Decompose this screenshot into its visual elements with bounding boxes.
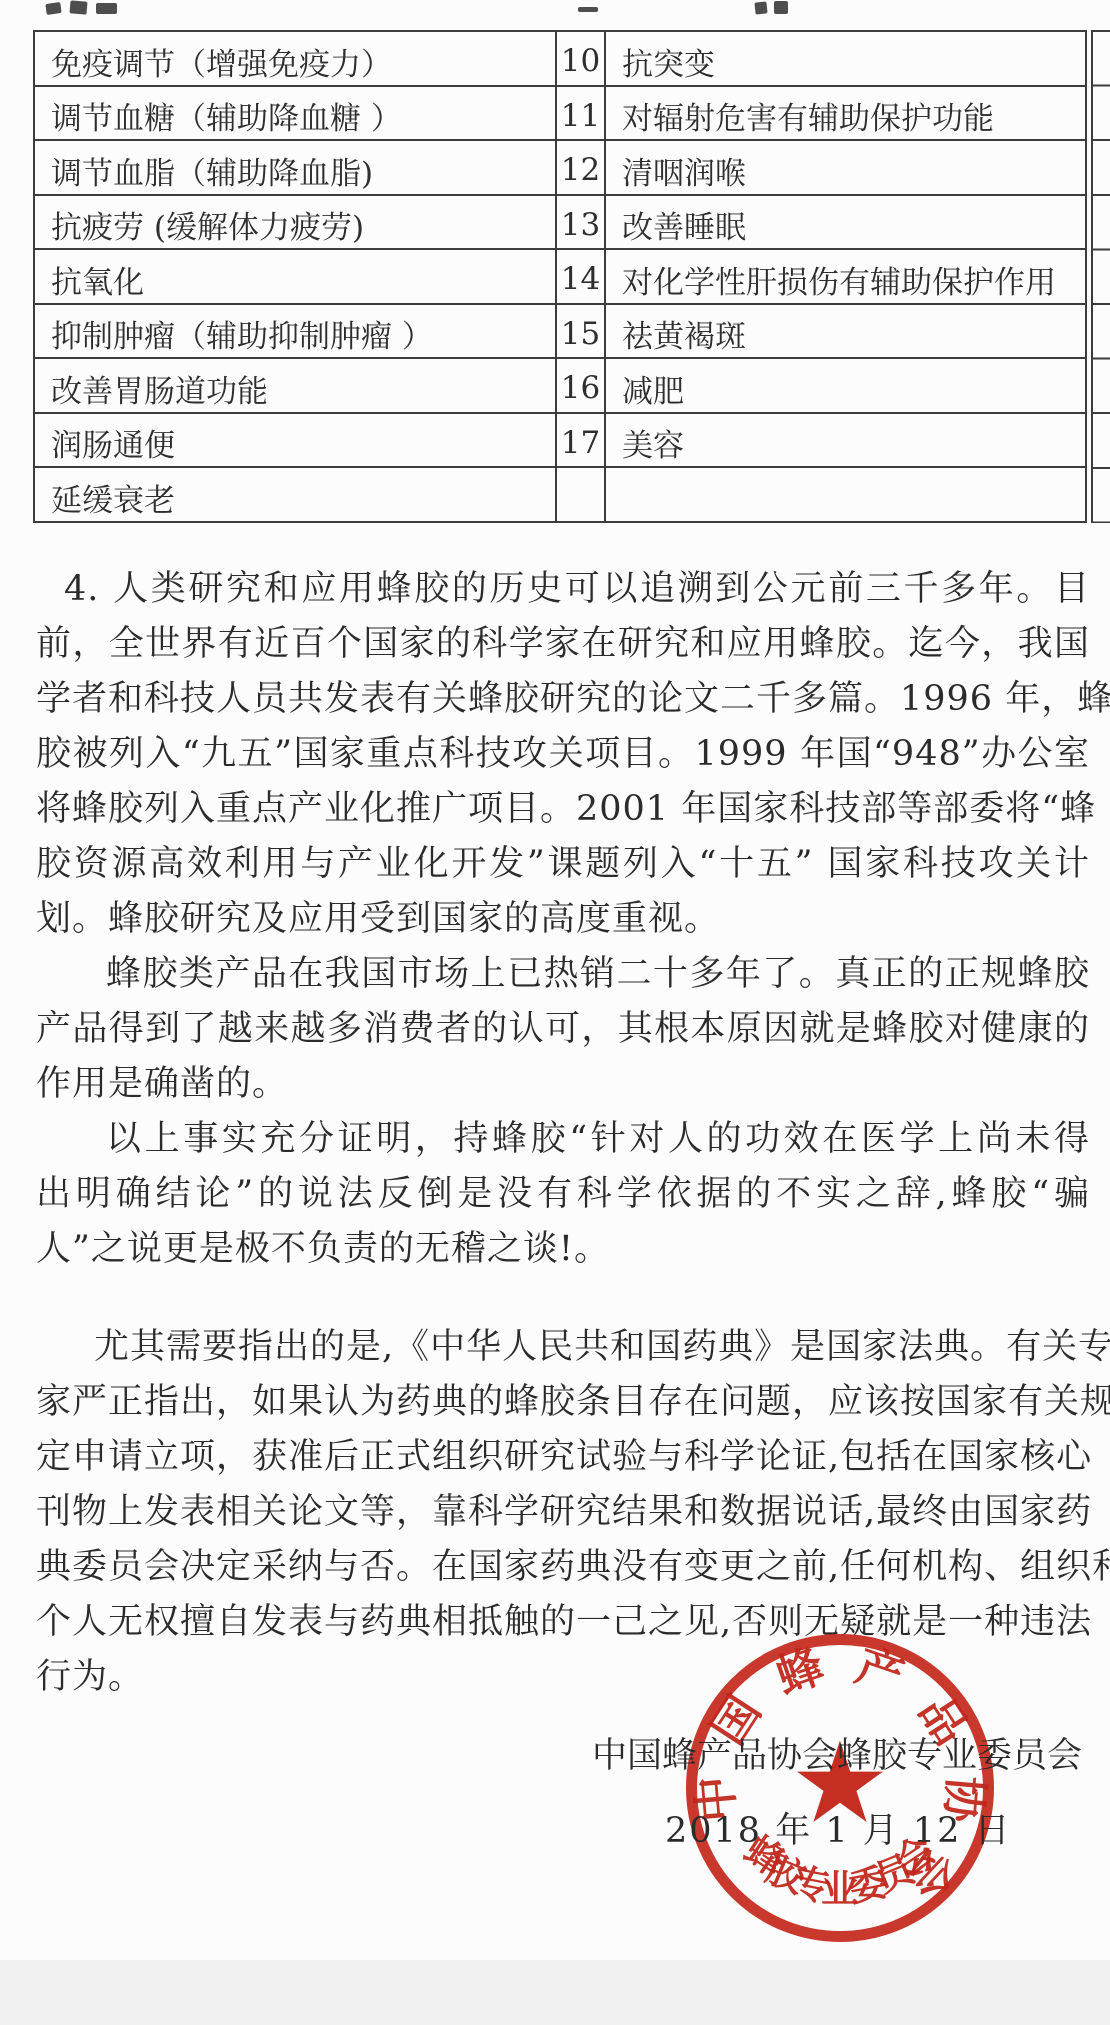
health-functions-table: 免疫调节（增强免疫力）10抗突变调节血糖（辅助降血糖 ）11对辐射危害有辅助保护… <box>33 30 1087 523</box>
text-line: 4. 人类研究和应用蜂胶的历史可以追溯到公元前三千多年。目 <box>36 562 1090 617</box>
document-body-text: 4. 人类研究和应用蜂胶的历史可以追溯到公元前三千多年。目前，全世界有近百个国家… <box>36 562 1090 1705</box>
table-row: 抗疲劳 (缓解体力疲劳)13改善睡眠 <box>34 195 1086 250</box>
text-line: 划。蜂胶研究及应用受到国家的高度重视。 <box>36 892 1090 947</box>
table-cell-function_left: 润肠通便 <box>34 413 556 468</box>
table-cell-index: 16 <box>556 358 605 413</box>
signoff-organization: 中国蜂产品协会蜂胶专业委员会 <box>592 1728 1082 1778</box>
table-row: 延缓衰老 <box>34 467 1086 522</box>
table-row: 抗氧化14对化学性肝损伤有辅助保护作用 <box>34 249 1086 304</box>
table-cell-index: 14 <box>556 249 605 304</box>
text-line: 以上事实充分证明，持蜂胶“针对人的功效在医学上尚未得 <box>36 1112 1090 1167</box>
table-cell-function_right: 改善睡眠 <box>605 195 1086 250</box>
table-cell-function_left: 调节血糖（辅助降血糖 ） <box>34 86 556 141</box>
text-line: 作用是确凿的。 <box>36 1057 1090 1112</box>
table-row: 润肠通便17美容 <box>34 413 1086 468</box>
text-line: 人”之说更是极不负责的无稽之谈!。 <box>36 1222 1090 1277</box>
table-cell-function_left: 抗氧化 <box>34 249 556 304</box>
text-line: 刊物上发表相关论文等，靠科学研究结果和数据说话,最终由国家药 <box>36 1485 1090 1540</box>
bottom-gray-band <box>0 1960 1110 2025</box>
table-row: 改善胃肠道功能16减肥 <box>34 358 1086 413</box>
table-cell-function_right: 对化学性肝损伤有辅助保护作用 <box>605 249 1086 304</box>
scanned-document-page: 免疫调节（增强免疫力）10抗突变调节血糖（辅助降血糖 ）11对辐射危害有辅助保护… <box>0 0 1110 2025</box>
text-fragment <box>96 3 117 14</box>
paragraph: 4. 人类研究和应用蜂胶的历史可以追溯到公元前三千多年。目前，全世界有近百个国家… <box>36 562 1090 947</box>
text-line: 出明确结论”的说法反倒是没有科学依据的不实之辞,蜂胶“骗 <box>36 1167 1090 1222</box>
table-cell-function_left: 调节血脂（辅助降血脂) <box>34 140 556 195</box>
table-cell-index: 11 <box>556 86 605 141</box>
table-cell-index: 12 <box>556 140 605 195</box>
table-cell-index: 13 <box>556 195 605 250</box>
text-line: 学者和科技人员共发表有关蜂胶研究的论文二千多篇。1996 年，蜂 <box>36 672 1090 727</box>
table-cell-function_right: 减肥 <box>605 358 1086 413</box>
text-line: 胶资源高效利用与产业化开发”课题列入“十五” 国家科技攻关计 <box>36 837 1090 892</box>
text-line: 尤其需要指出的是,《中华人民共和国药典》是国家法典。有关专 <box>36 1320 1090 1375</box>
table-cell-index: 15 <box>556 304 605 359</box>
text-fragment <box>774 1 788 14</box>
table-cell-function_right: 对辐射危害有辅助保护功能 <box>605 86 1086 141</box>
text-line: 产品得到了越来越多消费者的认可，其根本原因就是蜂胶对健康的 <box>36 1002 1090 1057</box>
table-cell-function_left: 免疫调节（增强免疫力） <box>34 31 556 86</box>
table-cell-index <box>556 467 605 522</box>
table-row: 调节血脂（辅助降血脂)12清咽润喉 <box>34 140 1086 195</box>
table-row: 调节血糖（辅助降血糖 ）11对辐射危害有辅助保护功能 <box>34 86 1086 141</box>
table-cell-function_left: 抑制肿瘤（辅助抑制肿瘤 ） <box>34 304 556 359</box>
table-cutoff-column <box>1091 30 1110 523</box>
text-fragment <box>578 7 598 12</box>
text-line: 定申请立项，获准后正式组织研究试验与科学论证,包括在国家核心 <box>36 1430 1090 1485</box>
text-fragment <box>754 1 767 14</box>
text-line: 家严正指出，如果认为药典的蜂胶条目存在问题，应该按国家有关规 <box>36 1375 1090 1430</box>
table-cell-index: 17 <box>556 413 605 468</box>
paragraph: 以上事实充分证明，持蜂胶“针对人的功效在医学上尚未得出明确结论”的说法反倒是没有… <box>36 1112 1090 1277</box>
table-cell-function_left: 改善胃肠道功能 <box>34 358 556 413</box>
paragraph: 蜂胶类产品在我国市场上已热销二十多年了。真正的正规蜂胶产品得到了越来越多消费者的… <box>36 947 1090 1112</box>
text-fragment <box>45 2 61 15</box>
signoff-date: 2018 年 1 月 12 日 <box>665 1803 1012 1853</box>
table-cell-function_left: 延缓衰老 <box>34 467 556 522</box>
table-cell-index: 10 <box>556 31 605 86</box>
table-cell-function_right: 美容 <box>605 413 1086 468</box>
table-row: 免疫调节（增强免疫力）10抗突变 <box>34 31 1086 86</box>
text-line: 胶被列入“九五”国家重点科技攻关项目。1999 年国“948”办公室 <box>36 727 1090 782</box>
text-fragment <box>69 0 87 14</box>
table-cell-function_right: 抗突变 <box>605 31 1086 86</box>
table-cell-function_right: 祛黄褐斑 <box>605 304 1086 359</box>
text-line: 典委员会决定采纳与否。在国家药典没有变更之前,任何机构、组织和 <box>36 1540 1090 1595</box>
table-cell-function_right <box>605 467 1086 522</box>
official-red-seal: ★ 中国蜂产品协会蜂胶专业委员会 <box>686 1634 994 1942</box>
table-row: 抑制肿瘤（辅助抑制肿瘤 ）15祛黄褐斑 <box>34 304 1086 359</box>
text-line: 将蜂胶列入重点产业化推广项目。2001 年国家科技部等部委将“蜂 <box>36 782 1090 837</box>
table-cell-function_left: 抗疲劳 (缓解体力疲劳) <box>34 195 556 250</box>
table-cell-function_right: 清咽润喉 <box>605 140 1086 195</box>
text-line: 前，全世界有近百个国家的科学家在研究和应用蜂胶。迄今，我国 <box>36 617 1090 672</box>
text-line: 蜂胶类产品在我国市场上已热销二十多年了。真正的正规蜂胶 <box>36 947 1090 1002</box>
